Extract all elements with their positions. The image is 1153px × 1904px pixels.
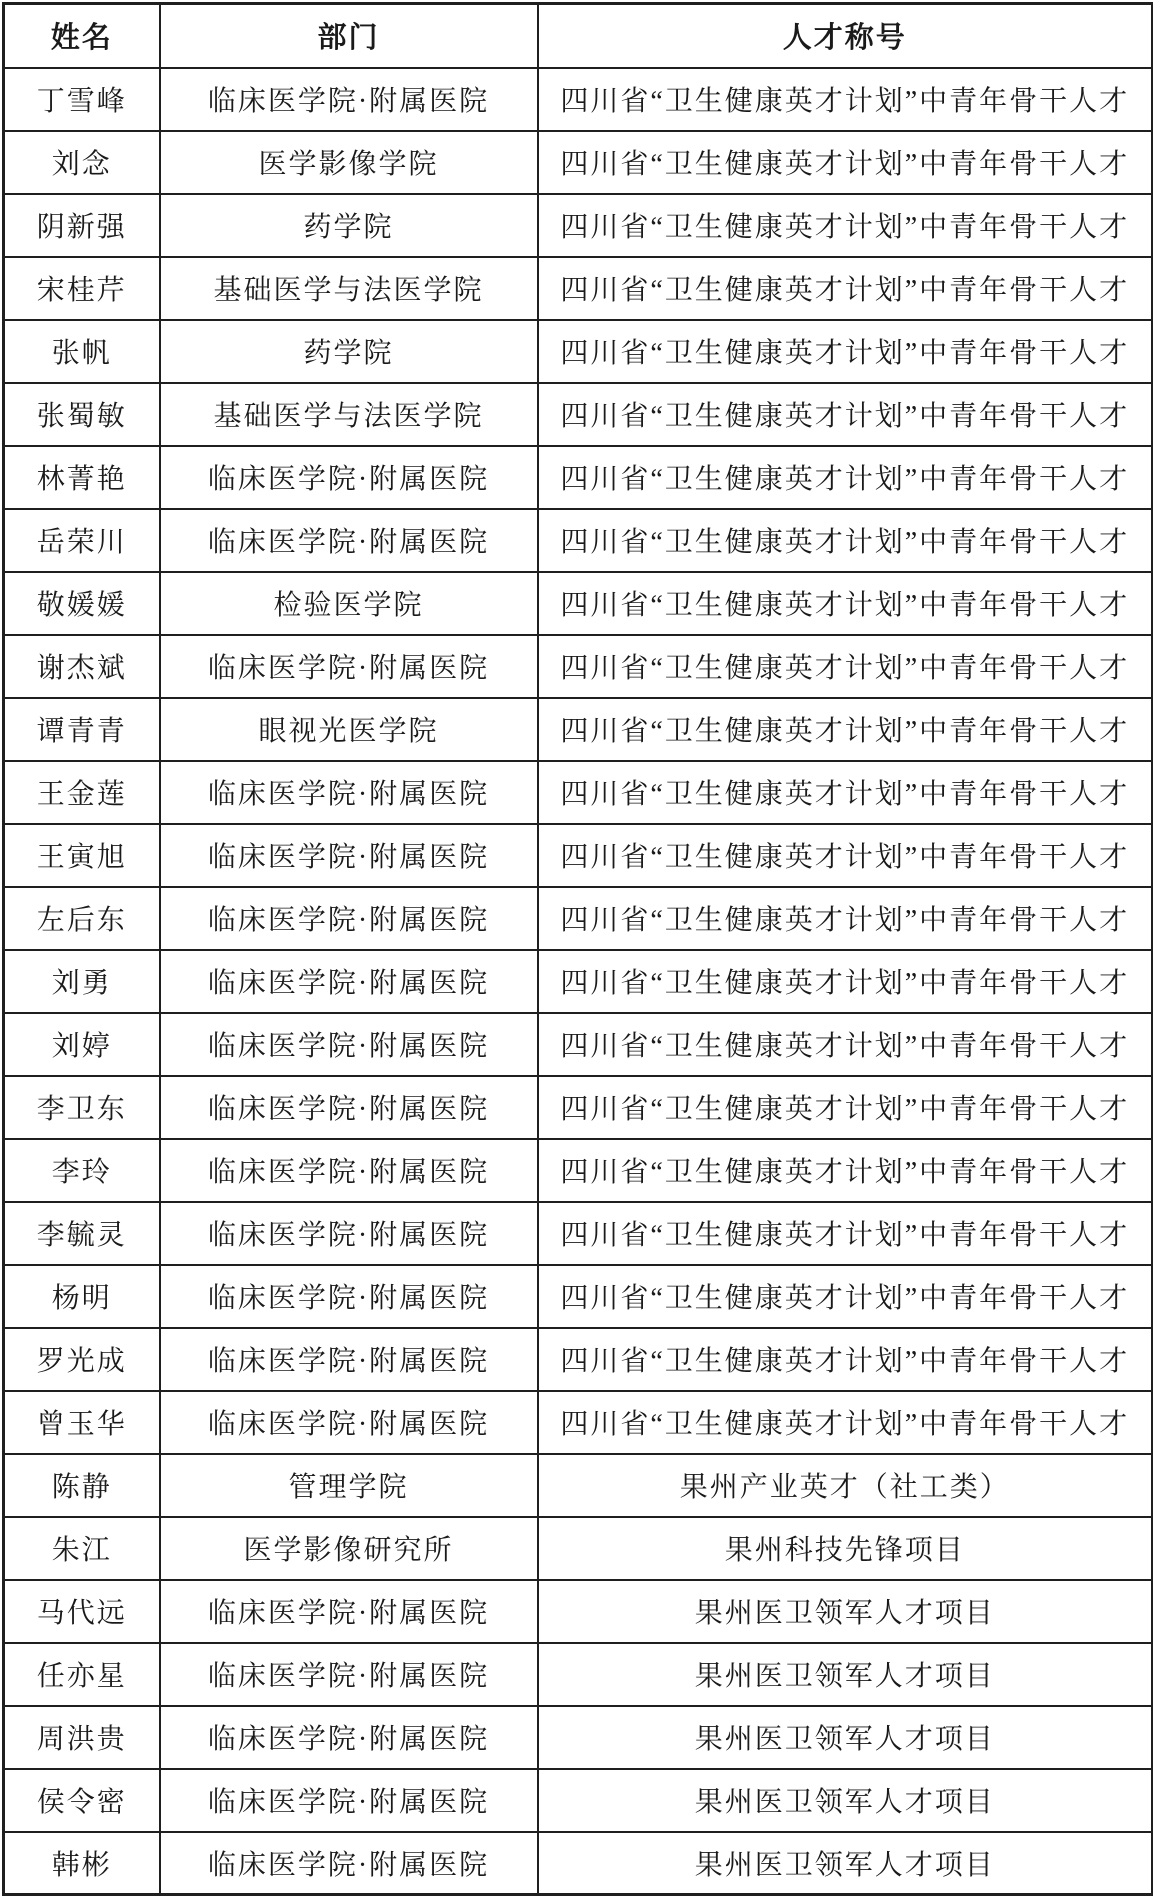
table-row: 任亦星临床医学院·附属医院果州医卫领军人才项目 [4,1643,1153,1706]
cell-department: 临床医学院·附属医院 [160,1265,538,1328]
cell-talent-title: 果州医卫领军人才项目 [538,1706,1153,1769]
cell-talent-title: 四川省“卫生健康英才计划”中青年骨干人才 [538,698,1153,761]
table-row: 朱江医学影像研究所果州科技先锋项目 [4,1517,1153,1580]
cell-department: 临床医学院·附属医院 [160,1391,538,1454]
cell-name: 左后东 [4,887,160,950]
table-row: 谭青青眼视光医学院四川省“卫生健康英才计划”中青年骨干人才 [4,698,1153,761]
cell-department: 药学院 [160,194,538,257]
cell-talent-title: 四川省“卫生健康英才计划”中青年骨干人才 [538,68,1153,131]
table-row: 刘勇临床医学院·附属医院四川省“卫生健康英才计划”中青年骨干人才 [4,950,1153,1013]
cell-name: 敬媛媛 [4,572,160,635]
cell-talent-title: 果州医卫领军人才项目 [538,1643,1153,1706]
cell-talent-title: 四川省“卫生健康英才计划”中青年骨干人才 [538,1202,1153,1265]
cell-department: 临床医学院·附属医院 [160,761,538,824]
cell-talent-title: 四川省“卫生健康英才计划”中青年骨干人才 [538,950,1153,1013]
table-header-row: 姓名 部门 人才称号 [4,4,1153,68]
cell-talent-title: 四川省“卫生健康英才计划”中青年骨干人才 [538,509,1153,572]
cell-department: 检验医学院 [160,572,538,635]
cell-department: 临床医学院·附属医院 [160,1643,538,1706]
cell-talent-title: 果州医卫领军人才项目 [538,1769,1153,1832]
table-row: 刘婷临床医学院·附属医院四川省“卫生健康英才计划”中青年骨干人才 [4,1013,1153,1076]
table-row: 陈静管理学院果州产业英才（社工类） [4,1454,1153,1517]
cell-name: 李玲 [4,1139,160,1202]
table-row: 张帆药学院四川省“卫生健康英才计划”中青年骨干人才 [4,320,1153,383]
cell-name: 张帆 [4,320,160,383]
cell-name: 谢杰斌 [4,635,160,698]
cell-name: 刘婷 [4,1013,160,1076]
cell-talent-title: 四川省“卫生健康英才计划”中青年骨干人才 [538,257,1153,320]
table-row: 曾玉华临床医学院·附属医院四川省“卫生健康英才计划”中青年骨干人才 [4,1391,1153,1454]
cell-department: 临床医学院·附属医院 [160,635,538,698]
cell-talent-title: 四川省“卫生健康英才计划”中青年骨干人才 [538,446,1153,509]
cell-department: 临床医学院·附属医院 [160,1769,538,1832]
table-row: 林菁艳临床医学院·附属医院四川省“卫生健康英才计划”中青年骨干人才 [4,446,1153,509]
document-page: 姓名 部门 人才称号 丁雪峰临床医学院·附属医院四川省“卫生健康英才计划”中青年… [2,2,1151,1896]
cell-name: 马代远 [4,1580,160,1643]
table-row: 侯令密临床医学院·附属医院果州医卫领军人才项目 [4,1769,1153,1832]
cell-talent-title: 果州科技先锋项目 [538,1517,1153,1580]
cell-name: 周洪贵 [4,1706,160,1769]
table-row: 李卫东临床医学院·附属医院四川省“卫生健康英才计划”中青年骨干人才 [4,1076,1153,1139]
table-row: 周洪贵临床医学院·附属医院果州医卫领军人才项目 [4,1706,1153,1769]
cell-talent-title: 四川省“卫生健康英才计划”中青年骨干人才 [538,1139,1153,1202]
cell-department: 管理学院 [160,1454,538,1517]
cell-department: 临床医学院·附属医院 [160,887,538,950]
cell-talent-title: 四川省“卫生健康英才计划”中青年骨干人才 [538,887,1153,950]
cell-department: 临床医学院·附属医院 [160,824,538,887]
table-row: 李玲临床医学院·附属医院四川省“卫生健康英才计划”中青年骨干人才 [4,1139,1153,1202]
cell-talent-title: 四川省“卫生健康英才计划”中青年骨干人才 [538,1013,1153,1076]
cell-department: 基础医学与法医学院 [160,257,538,320]
cell-department: 临床医学院·附属医院 [160,68,538,131]
cell-department: 临床医学院·附属医院 [160,1832,538,1895]
cell-name: 李毓灵 [4,1202,160,1265]
table-row: 马代远临床医学院·附属医院果州医卫领军人才项目 [4,1580,1153,1643]
cell-department: 医学影像学院 [160,131,538,194]
cell-name: 任亦星 [4,1643,160,1706]
table-row: 王金莲临床医学院·附属医院四川省“卫生健康英才计划”中青年骨干人才 [4,761,1153,824]
cell-name: 谭青青 [4,698,160,761]
cell-talent-title: 四川省“卫生健康英才计划”中青年骨干人才 [538,194,1153,257]
cell-department: 临床医学院·附属医院 [160,1580,538,1643]
cell-talent-title: 四川省“卫生健康英才计划”中青年骨干人才 [538,824,1153,887]
cell-talent-title: 四川省“卫生健康英才计划”中青年骨干人才 [538,1076,1153,1139]
cell-department: 临床医学院·附属医院 [160,1706,538,1769]
table-row: 罗光成临床医学院·附属医院四川省“卫生健康英才计划”中青年骨干人才 [4,1328,1153,1391]
cell-talent-title: 四川省“卫生健康英才计划”中青年骨干人才 [538,572,1153,635]
cell-department: 临床医学院·附属医院 [160,446,538,509]
cell-department: 临床医学院·附属医院 [160,1202,538,1265]
cell-talent-title: 四川省“卫生健康英才计划”中青年骨干人才 [538,131,1153,194]
cell-name: 曾玉华 [4,1391,160,1454]
cell-department: 临床医学院·附属医院 [160,1328,538,1391]
table-row: 丁雪峰临床医学院·附属医院四川省“卫生健康英才计划”中青年骨干人才 [4,68,1153,131]
table-row: 阴新强药学院四川省“卫生健康英才计划”中青年骨干人才 [4,194,1153,257]
header-talent-title: 人才称号 [538,4,1153,68]
cell-name: 陈静 [4,1454,160,1517]
cell-name: 林菁艳 [4,446,160,509]
table-row: 杨明临床医学院·附属医院四川省“卫生健康英才计划”中青年骨干人才 [4,1265,1153,1328]
table-row: 谢杰斌临床医学院·附属医院四川省“卫生健康英才计划”中青年骨干人才 [4,635,1153,698]
cell-department: 药学院 [160,320,538,383]
talent-table-body: 丁雪峰临床医学院·附属医院四川省“卫生健康英才计划”中青年骨干人才刘念医学影像学… [4,68,1153,1895]
cell-name: 刘念 [4,131,160,194]
table-row: 韩彬临床医学院·附属医院果州医卫领军人才项目 [4,1832,1153,1895]
cell-name: 张蜀敏 [4,383,160,446]
cell-name: 侯令密 [4,1769,160,1832]
cell-name: 韩彬 [4,1832,160,1895]
cell-department: 医学影像研究所 [160,1517,538,1580]
cell-name: 罗光成 [4,1328,160,1391]
cell-talent-title: 四川省“卫生健康英才计划”中青年骨干人才 [538,635,1153,698]
cell-name: 岳荣川 [4,509,160,572]
table-row: 宋桂芹基础医学与法医学院四川省“卫生健康英才计划”中青年骨干人才 [4,257,1153,320]
table-row: 刘念医学影像学院四川省“卫生健康英才计划”中青年骨干人才 [4,131,1153,194]
table-row: 岳荣川临床医学院·附属医院四川省“卫生健康英才计划”中青年骨干人才 [4,509,1153,572]
table-row: 王寅旭临床医学院·附属医院四川省“卫生健康英才计划”中青年骨干人才 [4,824,1153,887]
cell-department: 临床医学院·附属医院 [160,1076,538,1139]
cell-department: 临床医学院·附属医院 [160,950,538,1013]
talent-table: 姓名 部门 人才称号 丁雪峰临床医学院·附属医院四川省“卫生健康英才计划”中青年… [2,2,1153,1896]
cell-talent-title: 果州产业英才（社工类） [538,1454,1153,1517]
cell-name: 宋桂芹 [4,257,160,320]
table-row: 张蜀敏基础医学与法医学院四川省“卫生健康英才计划”中青年骨干人才 [4,383,1153,446]
cell-talent-title: 四川省“卫生健康英才计划”中青年骨干人才 [538,320,1153,383]
table-row: 左后东临床医学院·附属医院四川省“卫生健康英才计划”中青年骨干人才 [4,887,1153,950]
cell-department: 眼视光医学院 [160,698,538,761]
cell-talent-title: 果州医卫领军人才项目 [538,1832,1153,1895]
cell-name: 阴新强 [4,194,160,257]
cell-name: 杨明 [4,1265,160,1328]
cell-department: 临床医学院·附属医院 [160,1013,538,1076]
cell-name: 王金莲 [4,761,160,824]
cell-department: 临床医学院·附属医院 [160,509,538,572]
cell-talent-title: 四川省“卫生健康英才计划”中青年骨干人才 [538,1328,1153,1391]
cell-name: 刘勇 [4,950,160,1013]
cell-department: 临床医学院·附属医院 [160,1139,538,1202]
cell-department: 基础医学与法医学院 [160,383,538,446]
cell-talent-title: 四川省“卫生健康英才计划”中青年骨干人才 [538,1265,1153,1328]
cell-talent-title: 四川省“卫生健康英才计划”中青年骨干人才 [538,761,1153,824]
cell-name: 丁雪峰 [4,68,160,131]
cell-talent-title: 果州医卫领军人才项目 [538,1580,1153,1643]
cell-name: 王寅旭 [4,824,160,887]
cell-name: 朱江 [4,1517,160,1580]
table-row: 敬媛媛检验医学院四川省“卫生健康英才计划”中青年骨干人才 [4,572,1153,635]
cell-talent-title: 四川省“卫生健康英才计划”中青年骨干人才 [538,383,1153,446]
cell-talent-title: 四川省“卫生健康英才计划”中青年骨干人才 [538,1391,1153,1454]
table-row: 李毓灵临床医学院·附属医院四川省“卫生健康英才计划”中青年骨干人才 [4,1202,1153,1265]
header-name: 姓名 [4,4,160,68]
header-department: 部门 [160,4,538,68]
cell-name: 李卫东 [4,1076,160,1139]
